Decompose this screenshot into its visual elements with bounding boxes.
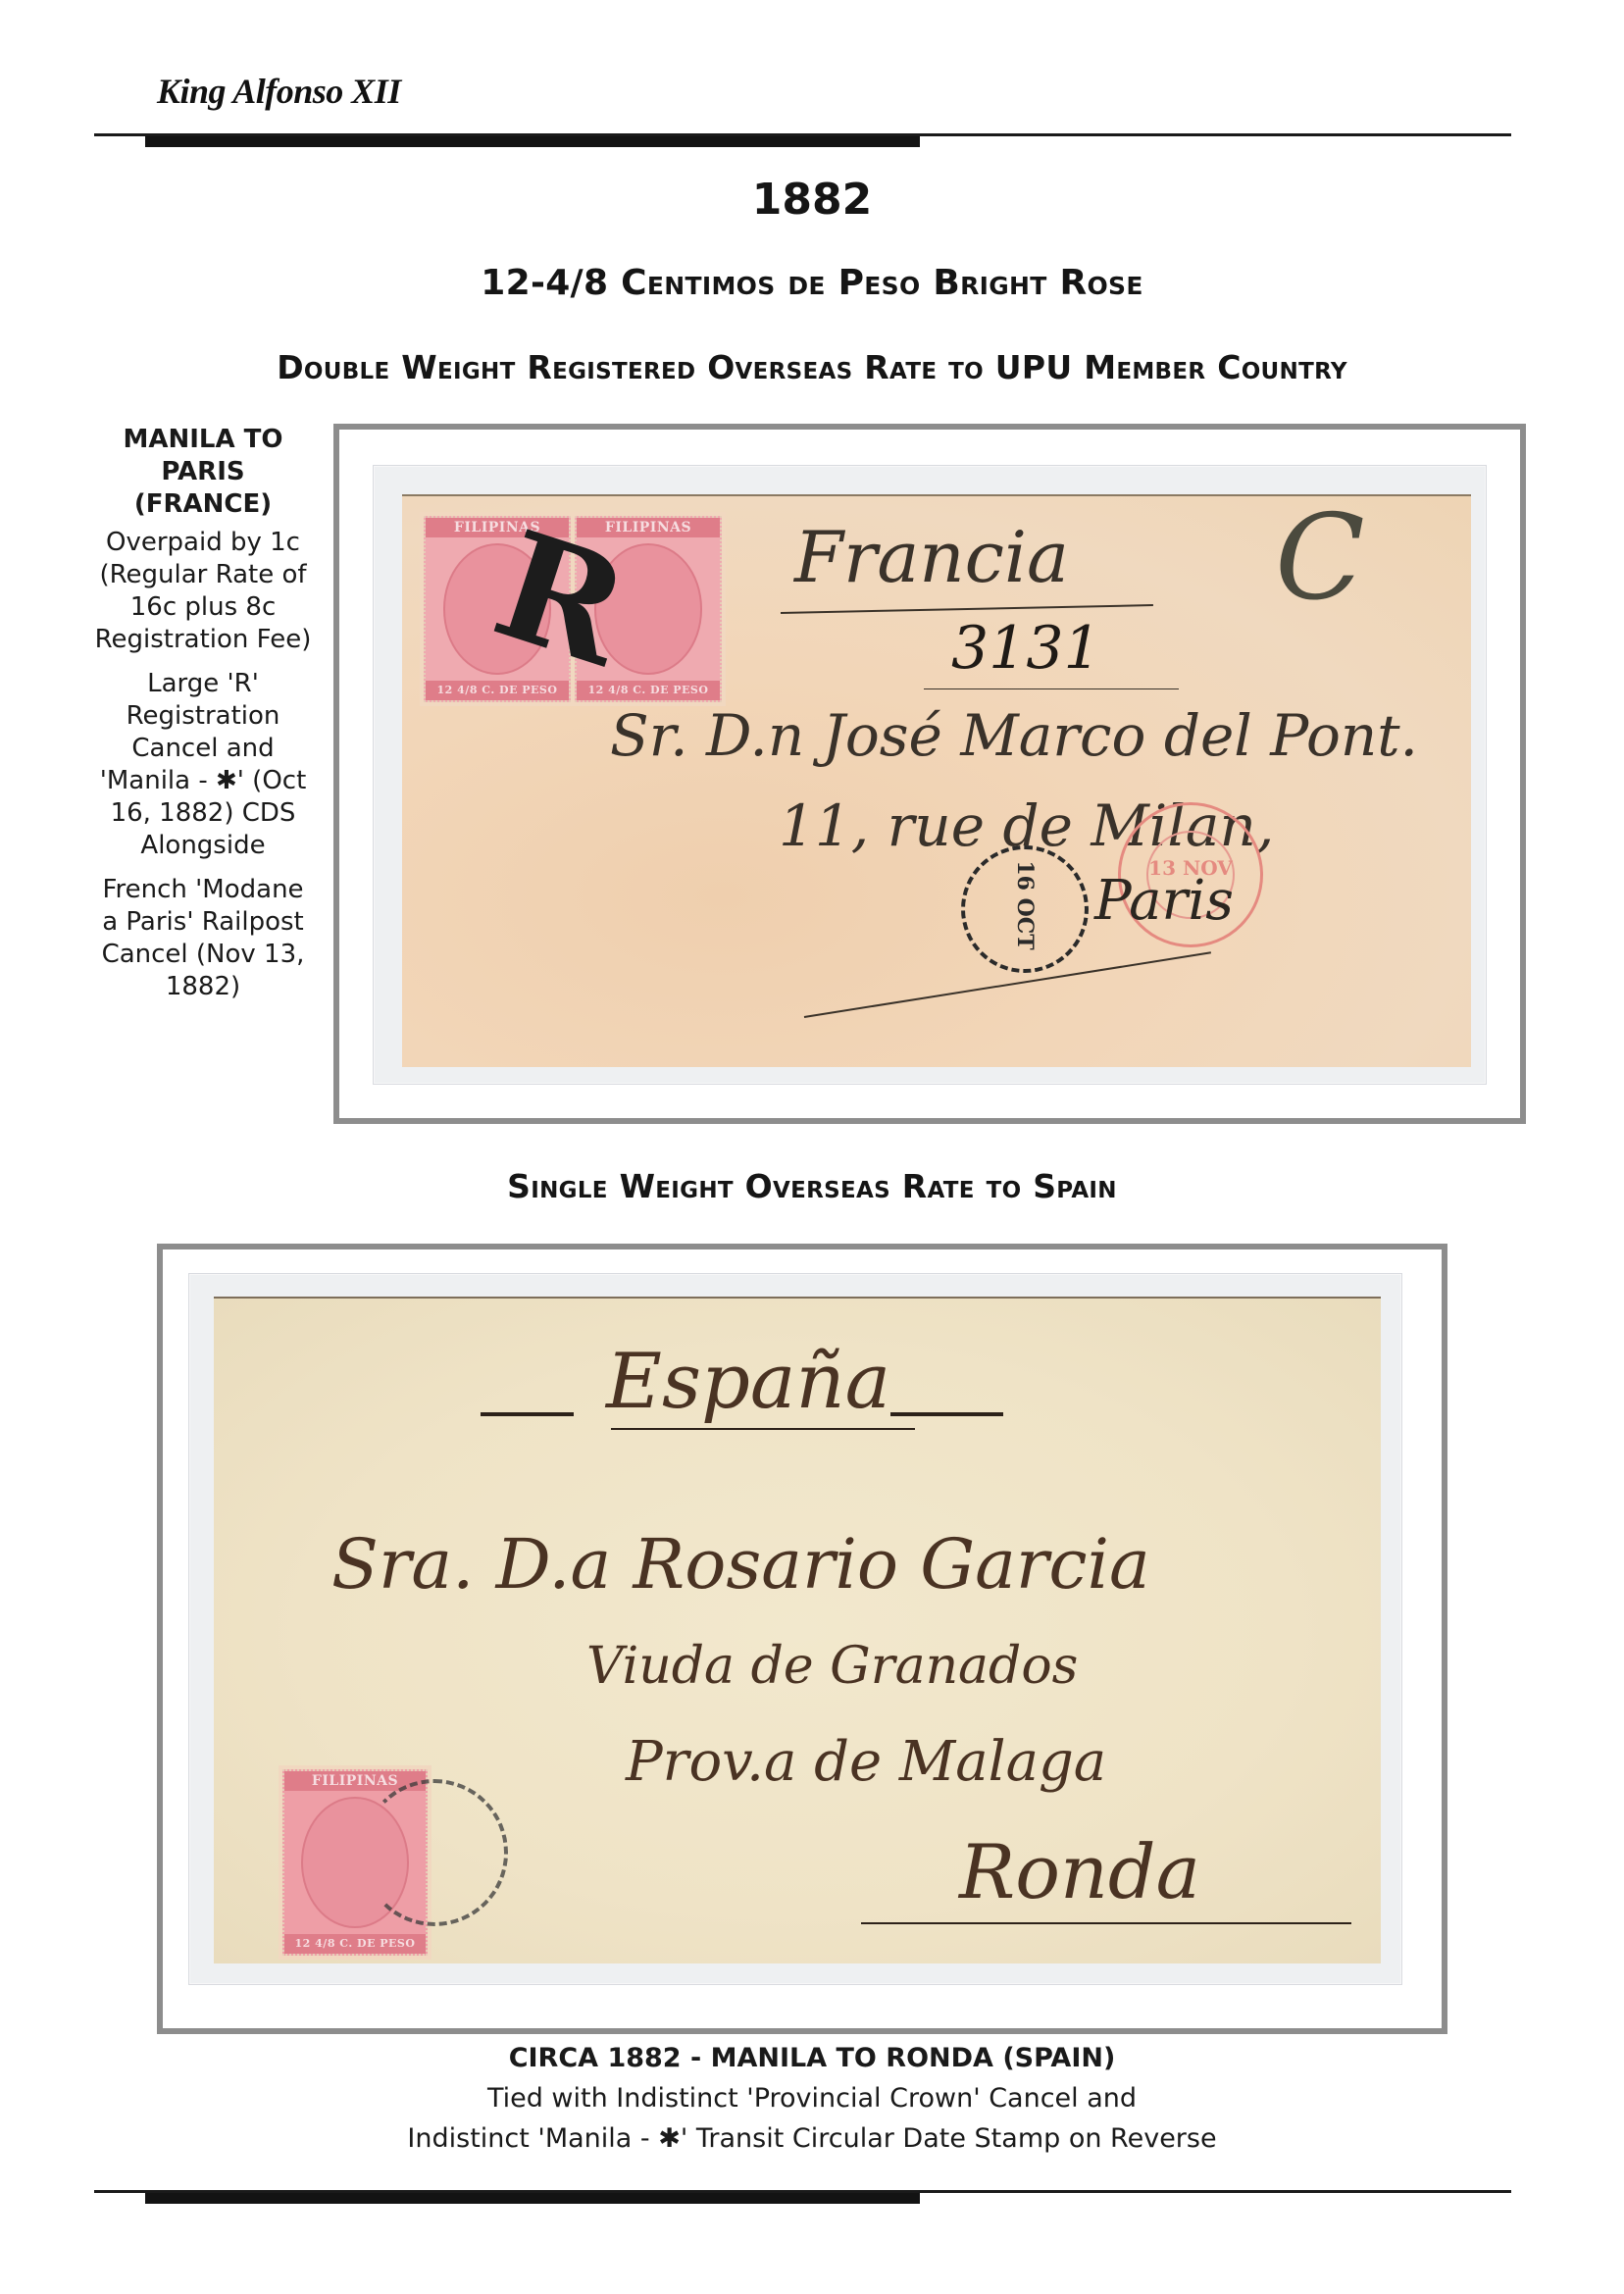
destination-underline: [781, 604, 1153, 614]
handwritten-addressee: Sra. D.a Rosario Garcia: [331, 1524, 1150, 1605]
cover1-note-rate: Overpaid by 1c (Regular Rate of 16c plus…: [94, 527, 312, 656]
manila-cds-date: 16 OCT: [1012, 845, 1038, 965]
handwritten-city: Ronda: [959, 1828, 1200, 1915]
cover1-rate-heading: Double Weight Registered Overseas Rate t…: [0, 348, 1624, 386]
stamp-issue-heading: 12-4/8 Centimos de Peso Bright Rose: [0, 263, 1624, 303]
header-rule-thick: [145, 136, 920, 147]
handwritten-addressee-line2: Viuda de Granados: [586, 1637, 1078, 1696]
destination-underline: [611, 1428, 915, 1430]
handwritten-destination: Francia: [794, 516, 1069, 598]
stamp-denomination: 12 4/8 C. DE PESO: [284, 1934, 426, 1954]
manila-cds-postmark: 16 OCT: [961, 845, 1089, 973]
cover1-note-cancel: Large 'R' Registration Cancel and 'Manil…: [94, 668, 312, 862]
handwritten-addressee: Sr. D.n José Marco del Pont.: [610, 702, 1418, 769]
year-heading: 1882: [0, 175, 1624, 225]
album-page-title: King Alfonso XII: [157, 71, 401, 112]
handwritten-city: Paris: [1094, 869, 1234, 933]
cover2-rate-heading: Single Weight Overseas Rate to Spain: [0, 1167, 1624, 1205]
cover1-frame: FILIPINAS 12 4/8 C. DE PESO FILIPINAS 12…: [333, 424, 1526, 1124]
cover1-route-title: MANILA TO PARIS (FRANCE): [94, 424, 312, 521]
number-underline: [924, 688, 1179, 689]
cover2-envelope[interactable]: España Sra. D.a Rosario Garcia Viuda de …: [214, 1297, 1381, 1963]
handwritten-destination: España: [606, 1338, 890, 1426]
cover1-envelope[interactable]: FILIPINAS 12 4/8 C. DE PESO FILIPINAS 12…: [402, 494, 1471, 1067]
destination-dash-right: [890, 1412, 1003, 1416]
handwritten-corner-mark: C: [1275, 494, 1365, 627]
handwritten-registration-number: 3131: [951, 614, 1101, 683]
destination-dash-left: [481, 1412, 574, 1416]
cover2-frame: España Sra. D.a Rosario Garcia Viuda de …: [157, 1244, 1447, 2034]
footer-rule-thick: [145, 2193, 920, 2204]
cover1-description: MANILA TO PARIS (FRANCE) Overpaid by 1c …: [94, 424, 312, 1015]
cover1-note-railpost: French 'Modane a Paris' Railpost Cancel …: [94, 874, 312, 1003]
cover2-caption-title: CIRCA 1882 - MANILA TO RONDA (SPAIN): [0, 2043, 1624, 2073]
cover2-caption-line1: Tied with Indistinct 'Provincial Crown' …: [0, 2083, 1624, 2114]
provincial-crown-cancel: [361, 1779, 508, 1926]
cover2-caption-line2: Indistinct 'Manila - ✱' Transit Circular…: [0, 2123, 1624, 2154]
city-underline: [861, 1922, 1351, 1924]
handwritten-province: Prov.a de Malaga: [626, 1730, 1106, 1794]
